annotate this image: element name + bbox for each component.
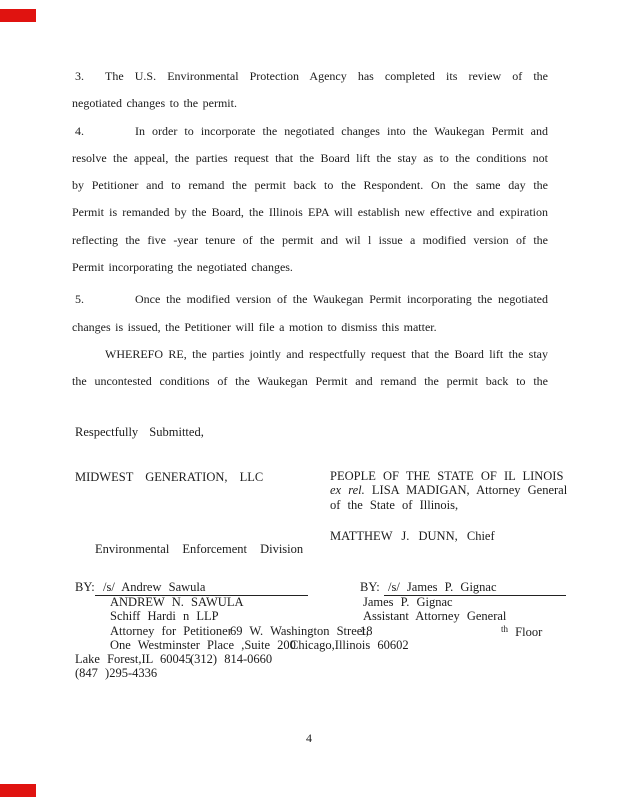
city-state-zip: Chicago,Illinois 60602 (290, 638, 409, 653)
closing-line: Respectfully Submitted, (75, 425, 204, 440)
phone-right: (312) 814-0660 (190, 652, 272, 667)
respondent-party-line: PEOPLE OF THE STATE OF IL LINOIS (330, 469, 567, 483)
petitioner-party-name: MIDWEST GENERATION, LLC (75, 470, 263, 485)
red-annotation-mark-bottom (0, 784, 36, 797)
paragraph-5: 5.Once the modified version of the Wauke… (72, 286, 548, 341)
street-address: 69 W. Washington Street, (230, 624, 369, 639)
by-label-right: BY: (360, 580, 380, 595)
respondent-party-block: PEOPLE OF THE STATE OF IL LINOIS ex rel.… (330, 469, 567, 512)
signature-left: /s/ Andrew Sawula (95, 580, 308, 596)
page-number: 4 (0, 731, 618, 746)
address-line-left: One Westminster Place ,Suite 200 (110, 638, 296, 653)
paragraph-line: Permit is remanded by the Board, the Ill… (72, 199, 548, 226)
paragraph-number: 4. (75, 118, 135, 145)
law-firm-left: Schiff Hardi n LLP (110, 609, 219, 624)
attorney-name-right: James P. Gignac (363, 595, 453, 610)
floor-number: 18 (360, 624, 373, 639)
red-annotation-mark-top (0, 9, 36, 22)
document-body: 3.The U.S. Environmental Protection Agen… (72, 63, 548, 396)
paragraph-line: Permit incorporating the negotiated chan… (72, 254, 548, 281)
paragraph-line: Once the modified version of the Waukega… (135, 292, 548, 306)
legal-document-page: 3.The U.S. Environmental Protection Agen… (0, 0, 618, 800)
ex-rel-italic: ex rel. (330, 483, 365, 497)
attorney-title-right: Assistant Attorney General (363, 609, 506, 624)
wherefore-paragraph: WHEREFO RE, the parties jointly and resp… (72, 341, 548, 396)
paragraph-line: changes is issued, the Petitioner will f… (72, 314, 548, 341)
paragraph-line: WHEREFO RE, the parties jointly and resp… (72, 341, 548, 368)
paragraph-line: the uncontested conditions of the Waukeg… (72, 368, 548, 395)
paragraph-number: 5. (75, 286, 135, 313)
phone-left: (847 )295-4336 (75, 666, 157, 681)
paragraph-number: 3. (75, 63, 105, 90)
by-label-left: BY: (75, 580, 95, 595)
signature-right: /s/ James P. Gignac (384, 580, 566, 596)
respondent-party-line: of the State of Illinois, (330, 498, 567, 512)
paragraph-4: 4.In order to incorporate the negotiated… (72, 118, 548, 282)
paragraph-line: by Petitioner and to remand the permit b… (72, 172, 548, 199)
address-line2-left: Lake Forest,IL 60045 (75, 652, 191, 667)
floor-suffix: th Floor (501, 624, 542, 640)
paragraph-line: resolve the appeal, the parties request … (72, 145, 548, 172)
paragraph-line: The U.S. Environmental Protection Agency… (105, 69, 548, 83)
attorney-name-left: ANDREW N. SAWULA (110, 595, 244, 610)
paragraph-line: reflecting the five -year tenure of the … (72, 227, 548, 254)
division-line: Environmental Enforcement Division (95, 542, 303, 557)
paragraph-3: 3.The U.S. Environmental Protection Agen… (72, 63, 548, 118)
paragraph-line: In order to incorporate the negotiated c… (135, 124, 548, 138)
attorney-title-left: Attorney for Petitioner (110, 624, 232, 639)
chief-name-line: MATTHEW J. DUNN, Chief (330, 529, 495, 544)
paragraph-line: negotiated changes to the permit. (72, 90, 548, 117)
respondent-party-line: ex rel. LISA MADIGAN, Attorney General (330, 483, 567, 497)
